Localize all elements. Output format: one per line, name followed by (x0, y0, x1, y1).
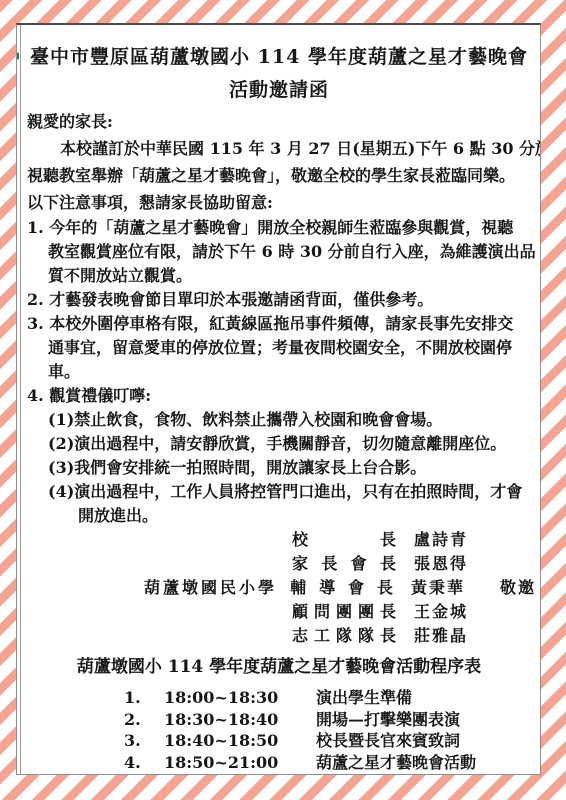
signature-block: 校長 盧詩青 家長會長 張恩得 葫蘆墩國民小學 輔導會長 黃秉華 敬邀 顧問團團… (144, 528, 536, 648)
program-row-number: 1. (124, 687, 164, 709)
program-row: 1. 18:00~18:30 演出學生準備 (124, 687, 536, 709)
signature-suffix: 敬邀 (500, 576, 536, 600)
signature-row: 葫蘆墩國民小學 輔導會長 黃秉華 敬邀 (144, 576, 536, 600)
page-title: 臺中市豐原區葫蘆墩國小 114 學年度葫蘆之星才藝晚會 (22, 42, 536, 72)
signature-row: 家長會長 張恩得 (144, 552, 536, 576)
list-item-line: 4. 觀賞禮儀叮嚀: (27, 384, 534, 408)
letter-body: 親愛的家長: 本校謹訂於中華民國 115 年 3 月 27 日(星期五)下午 6… (22, 108, 536, 528)
signature-title: 輔導會長 (290, 576, 393, 600)
sub-item-line: (3)我們會安排統一拍照時間，開放讓家長上台合影。 (27, 456, 534, 480)
signature-row: 顧問團團長 王金城 (144, 600, 536, 624)
invitation-page: 臺中市豐原區葫蘆墩國小 114 學年度葫蘆之星才藝晚會 活動邀請函 親愛的家長:… (16, 23, 541, 775)
program-row-time: 18:50~21:00 (164, 752, 316, 774)
program-row: 3. 18:40~18:50 校長暨長官來賓致詞 (124, 730, 536, 752)
list-item-line: 1. 今年的「葫蘆之星才藝晚會」開放全校親師生蒞臨參與觀賞，視聽 (27, 216, 534, 240)
program-row-activity: 開場—打擊樂團表演 (316, 709, 460, 731)
signature-title: 顧問團團長 (292, 600, 396, 624)
program-row-time: 18:00~18:30 (164, 687, 316, 709)
signature-title: 志工隊隊長 (292, 624, 396, 648)
list-item-line: 車。 (27, 360, 534, 384)
comment-anchor-icon (16, 52, 19, 60)
program-row: 4. 18:50~21:00 葫蘆之星才藝晚會活動 (124, 752, 536, 774)
program-row-activity: 演出學生準備 (316, 687, 412, 709)
signature-name: 張恩得 (414, 552, 486, 576)
letter-line: 以下注意事項，懇請家長協助留意: (27, 189, 534, 216)
program-row: 2. 18:30~18:40 開場—打擊樂團表演 (124, 709, 536, 731)
program-row-number: 2. (124, 709, 164, 731)
program-title: 葫蘆墩國小 114 學年度葫蘆之星才藝晚會活動程序表 (22, 654, 536, 680)
signature-name: 王金城 (414, 600, 486, 624)
list-item-line: 教室觀賞座位有限，請於下午 6 時 30 分前自行入座，為維護演出品 (27, 240, 534, 264)
sub-item-line: (2)演出過程中，請安靜欣賞，手機關靜音，切勿隨意離開座位。 (27, 432, 534, 456)
signature-row: 校長 盧詩青 (144, 528, 536, 552)
list-item-line: 質不開放站立觀賞。 (27, 264, 534, 288)
signature-row: 志工隊隊長 莊雅晶 (144, 624, 536, 648)
page-subtitle: 活動邀請函 (22, 75, 536, 105)
program-table: 1. 18:00~18:30 演出學生準備 2. 18:30~18:40 開場—… (124, 687, 536, 773)
signature-name: 盧詩青 (414, 528, 486, 552)
signature-title: 校長 (292, 528, 396, 552)
list-item-line: 3. 本校外圍停車格有限，紅黃線區拖吊事件頻傳，請家長事先安排交 (27, 312, 534, 336)
program-row-number: 3. (124, 730, 164, 752)
signature-name: 黃秉華 (411, 576, 482, 600)
letter-line: 視聽教室舉辦「葫蘆之星才藝晚會」，敬邀全校的學生家長蒞臨同樂。 (27, 162, 534, 189)
signature-name: 莊雅晶 (414, 624, 486, 648)
program-row-number: 4. (124, 752, 164, 774)
signature-school: 葫蘆墩國民小學 (144, 576, 290, 600)
program-row-activity: 葫蘆之星才藝晚會活動 (316, 752, 476, 774)
letter-line: 本校謹訂於中華民國 115 年 3 月 27 日(星期五)下午 6 點 30 分… (27, 135, 534, 162)
program-row-time: 18:30~18:40 (164, 709, 316, 731)
signature-title: 家長會長 (292, 552, 396, 576)
list-item-line: 2. 才藝發表晚會節目單印於本張邀請函背面，僅供參考。 (27, 288, 534, 312)
list-item-line: 通事宜，留意愛車的停放位置；考量夜間校園安全，不開放校園停 (27, 336, 534, 360)
sub-item-line: (4)演出過程中，工作人員將控管門口進出，只有在拍照時間，才會 (27, 480, 534, 504)
sub-item-line: 開放進出。 (27, 504, 534, 528)
salutation: 親愛的家長: (27, 108, 534, 135)
program-section: 葫蘆墩國小 114 學年度葫蘆之星才藝晚會活動程序表 1. 18:00~18:3… (22, 654, 536, 773)
sub-item-line: (1)禁止飲食，食物、飲料禁止攜帶入校園和晚會會場。 (27, 408, 534, 432)
program-row-time: 18:40~18:50 (164, 730, 316, 752)
program-row-activity: 校長暨長官來賓致詞 (316, 730, 460, 752)
